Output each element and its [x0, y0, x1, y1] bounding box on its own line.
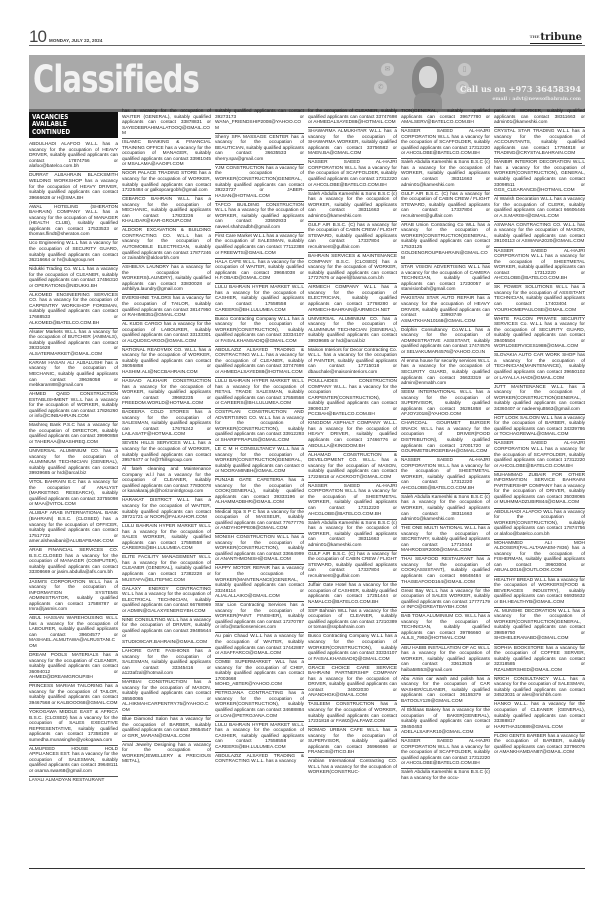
classified-ad: PAKISTAN STAR AUTO REPAIR has a vacancy … [401, 295, 490, 326]
column-4: for the occupation of CLEANER, suitably … [308, 108, 397, 866]
classified-ad: ALMUFEED HOUSE HOLD APPLIANCES EST. has … [29, 746, 118, 777]
classified-ad: COMBI SUPERMARKET WLL has a vacancy for … [215, 659, 304, 690]
classified-ad: Saleh Abdulla Kameshki & Sons B.S.C (c) … [401, 769, 490, 783]
classified-ad: JASMI'S CORPORATION W.L.L has a vacancy … [29, 579, 118, 616]
classified-ad: NASSER SAEED AL-HAJRI CORPORATION W.L.L … [494, 248, 585, 285]
classified-ad: NRICH CONSULTANCY W.L.L has a vacancy fo… [494, 676, 585, 702]
classified-ad: SHAWARMA ALMUKHTAR W.L.L has a vacancy f… [308, 128, 397, 159]
classified-ad: Blue Diamond Salon has a vacancy for the… [122, 716, 211, 742]
classified-ad: Abu Amin car wash and polish has a vacan… [401, 676, 490, 707]
classified-ad: CHARCOAL GOURMET BURGER SNACK W.L.L has … [401, 420, 490, 457]
classified-ad: MOHAMMED ALI MOH ALDOSERI(FAL.ALTAWAEM-7… [494, 540, 585, 577]
section-heading: VACANCIES AVAILABLE CONTINUED [29, 112, 118, 138]
classified-ad: COSTPLAN CONSTRUCTION AND ADVERTISING CO… [215, 409, 304, 446]
classified-ad: LULU BAHRAIN HYPER MARKET W.L.L has a va… [215, 722, 304, 753]
classified-ad: BAHRAIN SERVICES & MAINTENANCE COMPANY B… [308, 253, 397, 284]
classified-ad: CEBARCO BAHRAIN W.L.L has a vacancy for … [122, 196, 211, 227]
classified-ad: ISLAMIC BANKING & FINANCIAL TRAINING OFF… [122, 139, 211, 170]
classified-ad: ABDULHADI ALAFOO WLL has a vacancy for t… [494, 509, 585, 540]
classified-ad: MANBIR INTERIOR DECORATION W.L.L has a v… [494, 159, 585, 196]
classified-ad: NASSER SAEED AL-HAJRI CORPORATION W.L.L … [401, 128, 490, 159]
logo-prefix: THE [530, 34, 540, 39]
classified-ad: ALDOOR EXCAVATION & BUILDING CONTRACTING… [122, 227, 211, 264]
classified-ad: ELITE FACILITY MANAGEMENT W.L.L has a va… [122, 554, 211, 585]
column-2: has a vacancy for the occupation of WAIT… [122, 108, 211, 866]
mail-icon: ✉ [381, 63, 394, 76]
classified-ad: NASSER SAEED AL-HAJRI CORPORATION W.L.L … [308, 159, 397, 190]
classified-ad: Uco Engineering W.L.L has a vacancy for … [29, 240, 118, 266]
classified-ad: suitably qualified applicants can contac… [215, 108, 304, 134]
classified-ad: PRINCESS MARIAM TAILORING has a vacancy … [29, 683, 118, 709]
column-5: TION)GENERAL, suitably qualified applica… [401, 108, 490, 866]
classified-ad: has a vacancy for the occupation of WAIT… [122, 108, 211, 139]
classified-ad: CRYSTAL STAR TRADING W.L.L has a vacancy… [494, 128, 585, 159]
tablet-icon: ▯ [458, 63, 471, 76]
classified-ad: NASSER SAEED AL-HAJRI CORPORATION W.L.L … [401, 738, 490, 769]
page-number: 10 [29, 28, 46, 45]
classified-ad: JUTT MAINTENANCE W.L.L has a vacancy for… [494, 384, 585, 415]
classified-ad: TASLEEM CONSTRUCTION has a vacancy for t… [308, 701, 397, 727]
classified-ad: Nidukki Trading Co. W.L.L has a vacancy … [29, 266, 118, 292]
phone-icon: ✆ [374, 81, 387, 94]
classified-ad: HANKO W.L.L. has a vacancy for the occup… [494, 701, 585, 732]
classified-ad: ABDULAZIZ ALSAYED TRADING & CONTRACTING … [215, 753, 304, 767]
banner-title: Classifieds [33, 57, 199, 103]
classified-ad: KARAM HASAN ALI ALBALUSHI has a vacancy … [29, 360, 118, 391]
column-6: pation of WORKER, suitably qualified app… [494, 108, 585, 866]
classified-ad: UNIVERSAL ALUMINIUM CO. has a vacancy fo… [29, 448, 118, 479]
classified-ad: SEVEN HILLS SERVICES W.L.L has a vacancy… [122, 440, 211, 466]
classified-ad: GULF AIR B.S.C. (C) has a vacancy for th… [308, 222, 397, 253]
classified-ad: Great Bay W.L.L has a vacancy for the oc… [401, 588, 490, 614]
classified-ad: SK POWER SOLUTIONS W.L.L has a vacancy f… [494, 284, 585, 315]
classified-ad: NASSER SAEED AL-HAJRI CORPORATION W.L.L … [308, 483, 397, 520]
classified-ad: Juffair Gate Hotel has a vacancy for the… [308, 582, 397, 608]
classified-ad: Al enma house for security services W.L.… [401, 358, 490, 389]
classified-ad: ABDULAZIZ ALSAYED TRADING & CONTRACTING … [215, 347, 304, 378]
classified-ad: ABUL HASSAN WAREHOUSING W.L.L has a vaca… [29, 615, 118, 652]
classified-ad: NASSER SAEED AL-HAJRI CORPORATION W.L.L … [401, 457, 490, 494]
classified-ad: Al Ekhlaas Bakery has a vacancy for the … [401, 707, 490, 738]
email-text: email : advt@newsofbahrain.com [492, 96, 581, 102]
classified-ad: THAI SEAFOOD RESTAURANT has a vacancy fo… [401, 556, 490, 587]
classified-ad: pation of WORKER, suitably qualified app… [494, 108, 585, 128]
classified-ad: ALKOMED ENGINEERING SERVICES CO. has a v… [29, 292, 118, 329]
page-header: 10 MONDAY, JULY 22, 2024 THEtribune [29, 28, 585, 46]
classified-ad: ALUBAF ARAB INTERNATIONAL BANK (BAHRAIN)… [29, 510, 118, 547]
classified-ad: MARBIAI CONSTRUCTION has a vacancy for t… [122, 679, 211, 716]
classified-ad: GRACE CHOICE CARE SERVICE BAHRAINI PARTN… [308, 665, 397, 702]
classified-ad: ASHBILYA LAUNDRY has a vacancy for the o… [122, 264, 211, 295]
classified-ad: First Care Market W.L.L has a vacancy fo… [215, 233, 304, 259]
call-us-text: Call us on +973 36458394 [460, 84, 581, 94]
classified-ad: MUHAMMAD ZUBAIR FOR OTHER INFORMATION SE… [494, 472, 585, 509]
newspaper-page: 10 MONDAY, JULY 22, 2024 THEtribune Clas… [29, 28, 585, 112]
logo-text: tribune [540, 32, 582, 43]
classified-ad: LULU BAHRAIN HYPER MARKET W.L.L has a va… [215, 284, 304, 315]
classified-ad: Mashreq Bank P.S.C has a vacancy for the… [29, 422, 118, 448]
classified-ad: THE ONE MULTI NATIONAL W.L.L has a vacan… [401, 525, 490, 556]
classified-ad: HEALTHY BREAD W.L.L has a vacancy for th… [494, 577, 585, 608]
classified-ad: Alsater Markets W.L.L has a vacancy for … [29, 329, 118, 360]
classified-ad: Au pain Chaud W.L.L has a vacancy for th… [215, 633, 304, 659]
classified-ad: Medical Spa S P C has a vacancy for the … [215, 509, 304, 535]
classified-ad: ABDULHADI ALAFOO W.L.L has a vacancy for… [29, 141, 118, 172]
classified-ad: HASAAD ALKHAIR CONSTRUCTION has a vacanc… [122, 378, 211, 409]
classified-ad: DREAM POOLS MATERIALS has a vacancy for … [29, 652, 118, 683]
classified-ad: Al fateh cleaning and Maintenance Compan… [122, 466, 211, 497]
classified-ad: Al Warish Decoration W.L.L has a vacancy… [494, 196, 585, 222]
classified-ad: YJM CONSTRUCTION has a vacancy for the o… [215, 165, 304, 202]
classified-ad: Saleh Abdulla Kameshki & Sons B.S.C (c) … [308, 520, 397, 551]
classified-ad: KINGDOM ASPHALT COMPANY W.L.L. has a vac… [308, 420, 397, 451]
publication-date: MONDAY, JULY 22, 2024 [49, 38, 102, 43]
classified-ad: HOT LOOK SALOON W.L.L has a vacancy for … [494, 415, 585, 441]
classified-ad: AHMED QAED CONSTRUCTION ESTABLISHMENT W.… [29, 391, 118, 422]
classified-ad: UNIVERSAL ALUMINIUM CO. has a vacancy fo… [308, 316, 397, 347]
classified-ad: SOPHIA BOOKSTORE has a vacancy for the o… [494, 645, 585, 676]
tribune-logo: THEtribune [530, 32, 582, 44]
classified-ad: VITOL BAHRAIN E.C has a vacancy for the … [29, 479, 118, 510]
classified-ad: HALA CAFE W.L.L. has a vacancy for the o… [215, 259, 304, 285]
classified-ad: GULF AIR B.S.C. (C) has a vacancy for th… [401, 191, 490, 222]
classifieds-columns: VACANCIES AVAILABLE CONTINUED ABDULHADI … [29, 108, 585, 868]
classified-ad: Amal Jewelry Designing has a vacancy for… [122, 742, 211, 767]
classified-ad: Arabian International Contracting CO. W.… [308, 758, 397, 777]
classified-ad: SLOVAKIA AUTO CAR WORK SHOP has a vacanc… [494, 352, 585, 383]
classified-ad: NOMAD URBAN CAFE W.L.L has a vacancy for… [308, 727, 397, 758]
classified-ad: AL KUDS CARGO has a vacancy for the occu… [122, 321, 211, 347]
classified-ad: FLOKI GENTS BARBER has a vacancy for the… [494, 733, 585, 758]
classified-ad: SSP Bahrain WLL has a vacancy for the oc… [308, 608, 397, 634]
customer-service-illustration [408, 57, 448, 109]
classified-ad: LULU BAHRAIN HYPER MARKET W.L.L has a va… [215, 378, 304, 409]
classified-ad: YOKOGAWA MIDDLE EAST & AFRICA B.S.C. (CL… [29, 709, 118, 746]
classified-ad: EVERSHINE TAILORS has a vacancy for the … [122, 295, 211, 321]
classified-ad: Saleh Abdulla Kameshki & Sons B.S.C (c) … [308, 191, 397, 222]
classified-ad: Dolphin Consultancy Co.W.L.L has a vacan… [401, 327, 490, 358]
classified-ad: LAHORE GATE FASHIONS has a vacancy for t… [122, 648, 211, 679]
classified-ad: ARAB Union Contracting Co WLL has a vaca… [401, 222, 490, 264]
classified-ad: BAB TOMA ALUMINIUM CO. W.L.L has a vacan… [401, 613, 490, 644]
classified-ad: BADEERA COLD STORES has a vacancy for th… [122, 409, 211, 440]
classified-ad: Busco Contracting Company W.L.L has a va… [215, 316, 304, 347]
column-1: VACANCIES AVAILABLE CONTINUED ABDULHADI … [29, 108, 118, 866]
classified-ad: NOOR PALACE TRADING STORE has a vacancy … [122, 170, 211, 196]
classified-ad: WHITE FALCON PRIVATE SECURITY SERVICES C… [494, 316, 585, 353]
classified-ad: HARAKAT DISTRICT W.L.L has a vacancy for… [122, 497, 211, 523]
classified-ad: TION)GENERAL, suitably qualified applica… [401, 108, 490, 128]
classified-ad: PETROJANA CONTRACTING has a vacancy for … [215, 690, 304, 721]
classified-ad: ABU HABIB INSTALLATION OF AC W.L.L has a… [401, 645, 490, 676]
classified-ad: TAFCO BUILDING CONSTRUCTION W.L.L has a … [215, 202, 304, 233]
classified-ad: LAYALI ALMADYAN RESTAURANT [29, 777, 118, 785]
classified-ad: LE C M H CONSULTANCY W.L.L has a vacancy… [215, 446, 304, 477]
classified-ad: GALAXY ENERGY CONTRACTING W.L.L has a va… [122, 586, 211, 617]
classified-ad: AL MUNSHE DECORATION W.L.L has a vacancy… [494, 608, 585, 645]
classified-ad: Saleh Abdulla Kameshki & Sons B.S.C (c) … [401, 159, 490, 190]
classified-ad: PUNJAB GATE CAFETERIA has a vacancy for … [215, 477, 304, 508]
classified-ad: NATIONAL READYMIX CO. W.L.L has a vacanc… [122, 347, 211, 378]
classified-ad: ARAB FINANCIAL SERVICES CO. B.S.C.CLOSED… [29, 547, 118, 578]
classified-ad: Star Lion Contracting Services has a vac… [215, 602, 304, 633]
classified-ad: SEEM INTERNATIONAL W.L.L has a vacancy f… [401, 389, 490, 420]
bottom-rule [29, 868, 585, 869]
classifieds-banner: Classifieds ✉ ✆ ▯ ◎ Call us on +973 3645… [29, 55, 585, 112]
classified-ad: GULF AIR B.S.C. (C) has a vacancy for th… [308, 551, 397, 582]
classified-ad: STAR VISION ADVERTISING W.L.L has a vaca… [401, 264, 490, 295]
classified-ad: NASSER SAEED AL-HAJRI CORPORATION W.L.L … [494, 440, 585, 471]
classified-ad: Saleh Abdulla Kameshki & Sons B.S.C (c) … [401, 494, 490, 525]
classified-ad: Maison Interiors for Decor Contracting C… [308, 347, 397, 378]
classified-ad: ASWANA CONTRACTING CO. W.L.L has a vacan… [494, 222, 585, 248]
classified-ad: Sherry SPA MASSAGE CENTER has a vacancy … [215, 134, 304, 165]
classified-ad: MONISH CONSTRUCTION W.L.L has a vacancy … [215, 534, 304, 565]
classified-ad: AIRMECH COMPANY W.L.L has a vacancy for … [308, 284, 397, 315]
classified-ad: LULU BAHRAIN HYPER MARKET W.L.L has a va… [122, 523, 211, 554]
classified-ad: NINE CONSULTING W.L.L has a vacancy for … [122, 617, 211, 648]
classified-ad: DURRAT ALBAHRAIN BLACKSMITH WELDING WORK… [29, 172, 118, 203]
classified-ad: Busco Contracting Company W.L.L has a va… [308, 633, 397, 664]
column-3: suitably qualified applicants can contac… [215, 108, 304, 866]
classified-ad: HAPPY MOTOR REPAIR has a vacancy for the… [215, 565, 304, 602]
classified-ad: for the occupation of CLEANER, suitably … [308, 108, 397, 128]
classified-ad: AWAL HOTELING (SHERATON BAHRAIN) COMPANY… [29, 204, 118, 241]
classified-ad: POULLAIDES CONSTRUCTION COMPANY W.L.L. h… [308, 378, 397, 420]
classified-ad: ALHAMAD CONSTRUCTION & DEVELOPMENT CO. W… [308, 452, 397, 483]
